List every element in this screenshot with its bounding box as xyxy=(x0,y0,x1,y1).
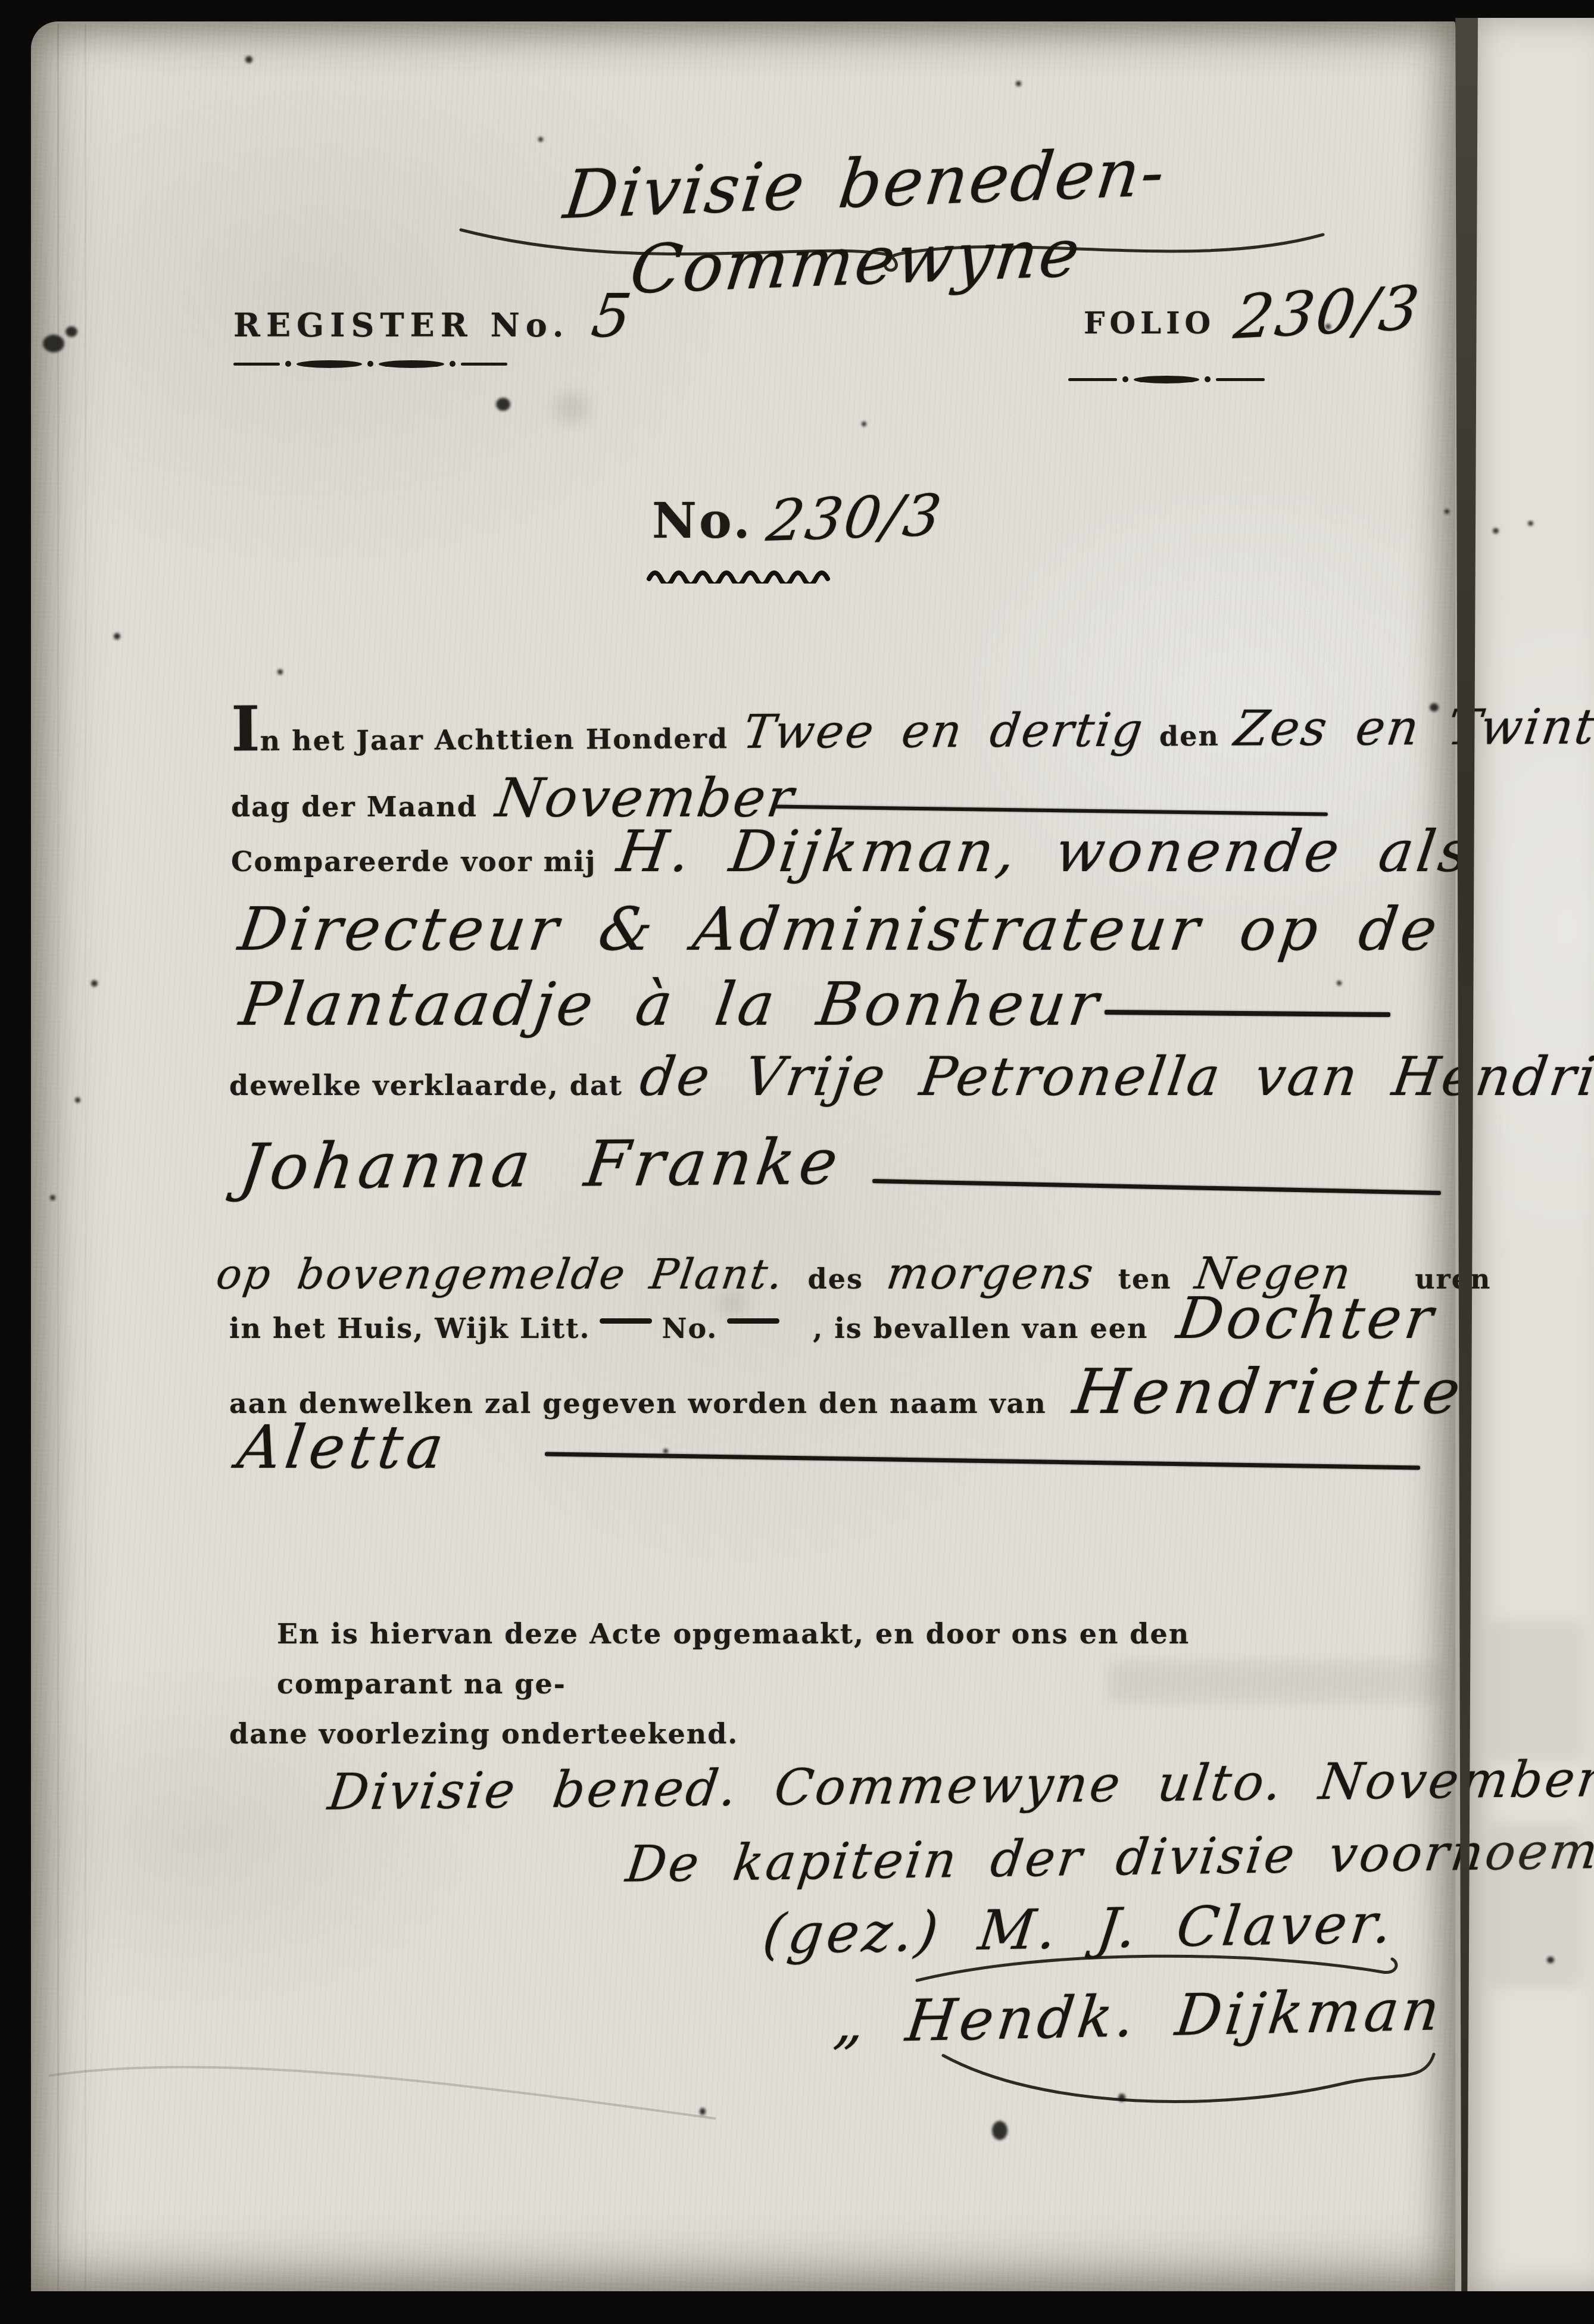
ink-spot xyxy=(1493,528,1499,534)
ink-spot xyxy=(663,1449,668,1453)
handwritten-comparant: H. Dijkman, wonende als xyxy=(613,818,1477,885)
line-declaration: dewelke verklaarde, dat de Vrije Petrone… xyxy=(229,1046,1594,1108)
month-blank-rule xyxy=(774,805,1328,816)
ink-spot xyxy=(1445,509,1449,514)
folio-ornamental-rule xyxy=(1068,374,1265,385)
folio-block: FOLIO 230/3 xyxy=(1084,277,1420,348)
printed-year-text: n het Jaar Achttien Honderd xyxy=(260,722,729,757)
line-mother: Johanna Franke xyxy=(240,1125,842,1204)
register-ornamental-rule xyxy=(233,358,507,369)
handwritten-function: Directeur & Administrateur op de xyxy=(235,894,1445,964)
ink-spot xyxy=(1528,521,1533,526)
bottom-crease xyxy=(37,2046,728,2129)
ink-spot xyxy=(1430,703,1439,712)
act-number-block: No. 230/3 xyxy=(652,485,941,551)
handwritten-signature-dijkman: „ Hendk. Dijkman xyxy=(831,1976,1446,2056)
line-year: In het Jaar Achttien Honderd Twee en der… xyxy=(231,696,1594,762)
bleed-through xyxy=(1489,1822,1584,1989)
handwritten-child-name-2: Aletta xyxy=(233,1412,453,1482)
ink-spot xyxy=(277,669,283,675)
scan-border-bottom xyxy=(0,2291,1594,2324)
mother-blank-rule xyxy=(872,1179,1441,1195)
line-comparant: Compareerde voor mij H. Dijkman, wonende… xyxy=(231,818,1471,885)
paper-fold-line xyxy=(85,24,86,2290)
act-number-label: No. xyxy=(652,492,753,550)
bleed-through xyxy=(1489,1620,1584,1763)
paper-fold-line xyxy=(57,24,59,2290)
closing-line-2: dane voorlezing onderteekend. xyxy=(229,1709,1313,1759)
document-page: Divisie beneden-Commewyne REGISTER No. 5… xyxy=(31,21,1455,2291)
act-number-wavy-rule xyxy=(646,566,843,584)
register-number: 5 xyxy=(587,281,637,351)
signature-dijkman: „ Hendk. Dijkman xyxy=(834,1976,1443,2055)
dijkman-flourish xyxy=(936,2045,1442,2116)
printed-comparant-text: Compareerde voor mij xyxy=(231,846,597,878)
handwritten-officer-title: De kapitein der divisie voornoemd xyxy=(623,1821,1594,1893)
handwritten-plantation: Plantaadje à la Bonheur xyxy=(236,969,1106,1039)
ink-spot xyxy=(862,422,866,426)
line-function: Directeur & Administrateur op de xyxy=(239,894,1440,964)
drop-cap: I xyxy=(231,704,260,753)
blank-dash-litt xyxy=(600,1318,652,1324)
ink-spot xyxy=(1547,1957,1554,1963)
name-blank-rule xyxy=(545,1452,1420,1470)
ink-spot xyxy=(75,1097,80,1103)
ink-spot xyxy=(50,1195,55,1200)
act-number-value: 230/3 xyxy=(763,482,947,554)
folio-number: 230/3 xyxy=(1231,273,1425,353)
ink-spot xyxy=(1016,81,1021,86)
ink-spot xyxy=(114,633,120,640)
ink-spot xyxy=(992,2121,1007,2140)
ink-spot xyxy=(91,980,98,987)
ink-spot xyxy=(538,137,543,142)
ink-spot xyxy=(65,326,77,337)
ink-spot xyxy=(1337,981,1342,985)
ink-spot xyxy=(1325,324,1331,329)
printed-opening: In het Jaar Achttien Honderd xyxy=(231,701,728,757)
ink-smudge xyxy=(554,393,589,423)
line-child-name-2: Aletta xyxy=(238,1412,447,1482)
signature-officer: De kapitein der divisie voornoemd xyxy=(626,1821,1594,1893)
line-plantation: Plantaadje à la Bonheur xyxy=(241,969,1101,1039)
printed-bevallen-text: , is bevallen van een xyxy=(813,1312,1148,1345)
printed-den: den xyxy=(1159,720,1219,753)
ink-spot xyxy=(496,398,510,411)
ink-spot xyxy=(245,56,252,63)
handwritten-mother-1: de Vrije Petronella van Hendrina xyxy=(637,1046,1594,1108)
printed-house-no: No. xyxy=(662,1312,718,1345)
handwritten-year: Twee en dertig xyxy=(740,704,1147,760)
handwritten-mother-2: Johanna Franke xyxy=(236,1125,847,1204)
bleed-through xyxy=(1108,1661,1447,1703)
blank-dash-no xyxy=(727,1318,779,1324)
ink-spot xyxy=(43,335,64,353)
handwritten-child-sex: Dochter xyxy=(1174,1285,1441,1352)
line-house: in het Huis, Wijk Litt. No. , is bevalle… xyxy=(229,1285,1436,1352)
register-block: REGISTER No. 5 xyxy=(233,281,632,351)
plantation-blank-rule xyxy=(1105,1010,1390,1017)
handwritten-child-name-1: Hendriette xyxy=(1069,1355,1470,1428)
ink-spot xyxy=(1118,2094,1125,2102)
printed-house-text: in het Huis, Wijk Litt. xyxy=(229,1312,590,1345)
ink-smudge xyxy=(718,1291,747,1315)
printed-declaration-text: dewelke verklaarde, dat xyxy=(229,1069,623,1102)
title-flourish xyxy=(453,219,1334,273)
handwritten-day: Zes en Twintigste xyxy=(1231,698,1594,757)
register-label: REGISTER No. xyxy=(233,306,570,344)
ink-spot xyxy=(700,2108,706,2115)
folio-label: FOLIO xyxy=(1084,305,1215,341)
